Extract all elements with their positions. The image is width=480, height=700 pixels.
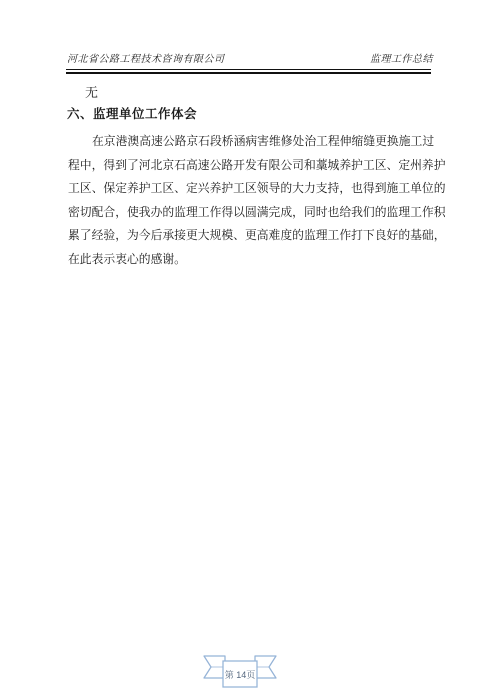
paragraph-line: 累了经验，为今后承接更大规模、更高难度的监理工作打下良好的基础， <box>68 224 433 248</box>
none-value-text: 无 <box>85 84 98 102</box>
document-page: 河北省公路工程技术咨询有限公司 监理工作总结 无 六、监理单位工作体会 在京港澳… <box>0 0 480 700</box>
paragraph-line: 在此表示衷心的感谢。 <box>68 248 433 272</box>
page-number-ribbon: 第 14页 <box>203 654 277 689</box>
paragraph-line: 工区、保定养护工区、定兴养护工区领导的大力支持，也得到施工单位的 <box>68 177 433 201</box>
paragraph-line: 在京港澳高速公路京石段桥涵病害维修处治工程伸缩缝更换施工过 <box>68 130 433 154</box>
section-heading: 六、监理单位工作体会 <box>67 105 197 123</box>
header-doc-title: 监理工作总结 <box>370 50 433 65</box>
page-number-badge: 第 14页 <box>223 661 257 687</box>
paragraph-line: 程中，得到了河北京石高速公路开发有限公司和藁城养护工区、定州养护 <box>68 154 433 178</box>
body-paragraph: 在京港澳高速公路京石段桥涵病害维修处治工程伸缩缝更换施工过 程中，得到了河北京石… <box>68 130 433 272</box>
page-header: 河北省公路工程技术咨询有限公司 监理工作总结 <box>67 50 433 65</box>
paragraph-line: 密切配合，使我办的监理工作得以圆满完成，同时也给我们的监理工作积 <box>68 201 433 225</box>
header-rule <box>66 69 431 74</box>
header-company-name: 河北省公路工程技术咨询有限公司 <box>67 50 225 65</box>
